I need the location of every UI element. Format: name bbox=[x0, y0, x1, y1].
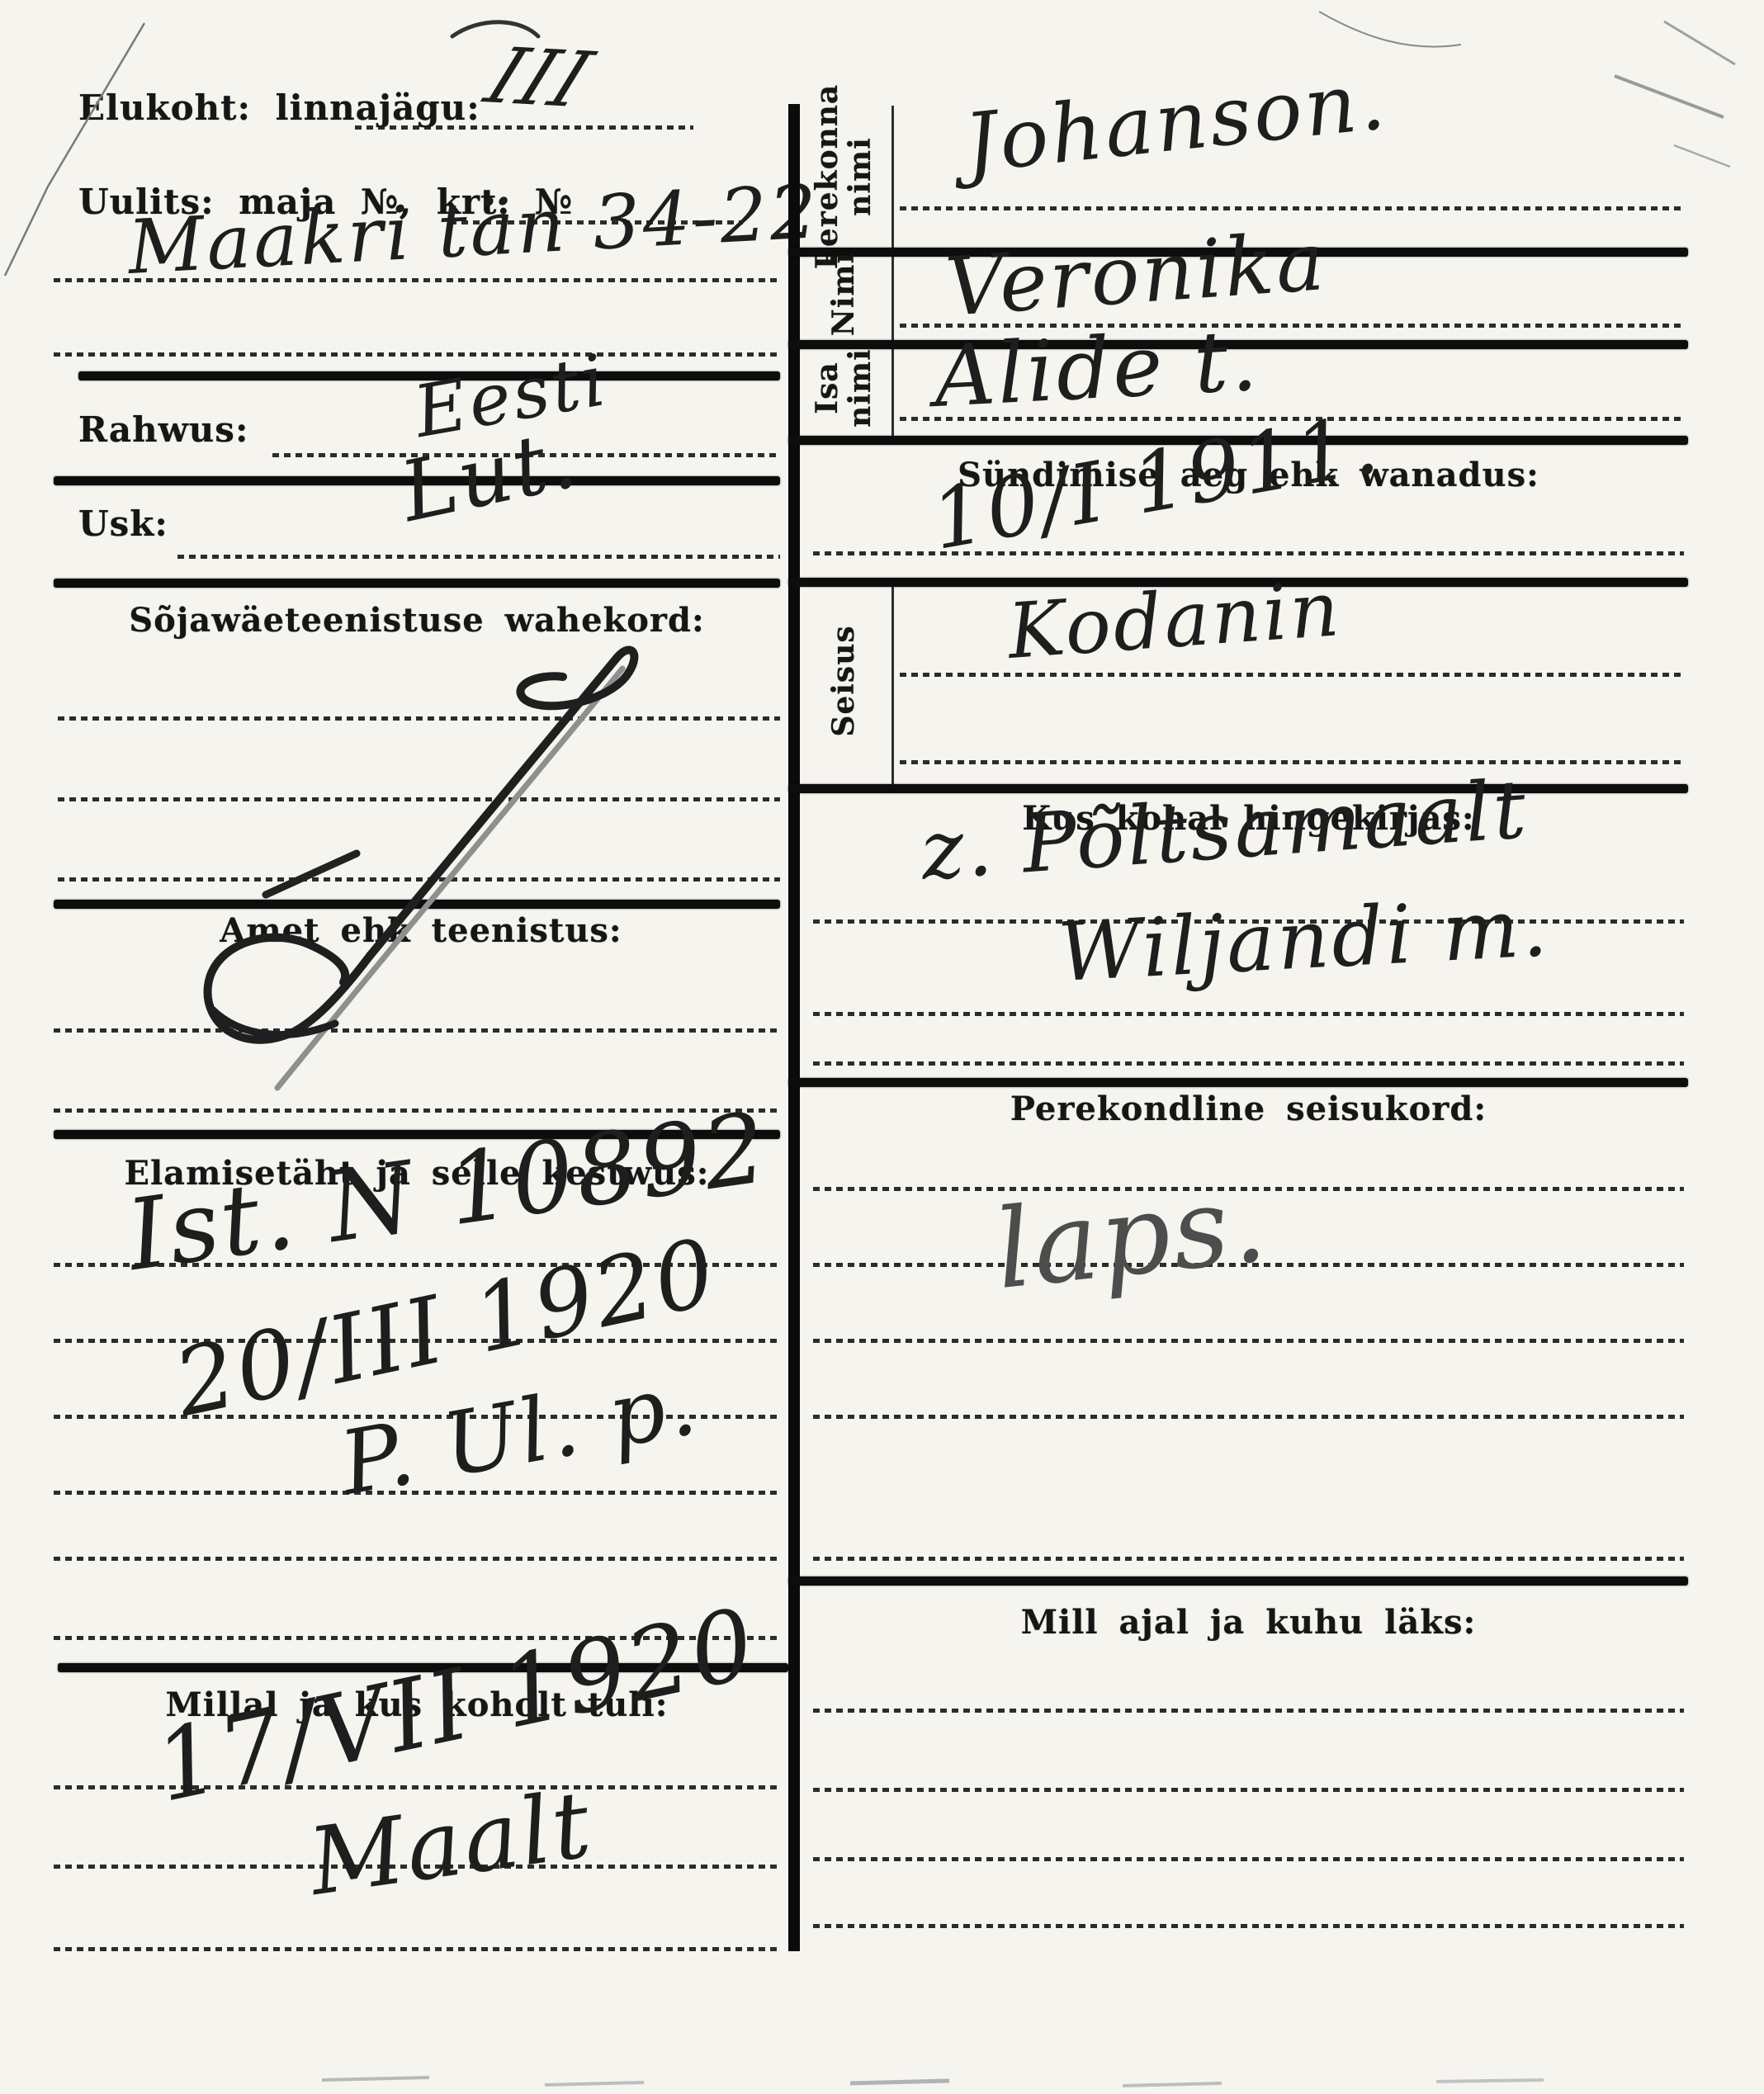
dotted-line bbox=[813, 1339, 1684, 1343]
dotted-line bbox=[54, 1785, 780, 1789]
residence-value-handwriting: III bbox=[474, 31, 606, 125]
slash-cross-tick bbox=[266, 853, 357, 895]
dotted-line bbox=[58, 877, 780, 882]
register-place-handwriting: z. Põltsamaalt bbox=[918, 763, 1531, 899]
dotted-line bbox=[54, 1028, 780, 1033]
dotted-line bbox=[813, 1924, 1684, 1928]
dotted-line bbox=[813, 1788, 1684, 1792]
religion-label: Usk: bbox=[78, 503, 168, 544]
dotted-line bbox=[177, 555, 780, 559]
dotted-line bbox=[813, 1857, 1684, 1861]
surname-label-vertical: Perekonna nimi bbox=[806, 102, 881, 251]
dotted-line bbox=[54, 1947, 780, 1951]
dotted-line bbox=[813, 1012, 1684, 1016]
label-strip-rule bbox=[891, 106, 894, 436]
bottom-smudge bbox=[850, 2081, 949, 2083]
dotted-line bbox=[900, 760, 1684, 764]
dotted-line bbox=[58, 797, 780, 801]
father-name-value-handwriting: Alide t. bbox=[932, 312, 1262, 427]
registration-card-scan: Elukoht: linnajägu: III Uulits: maja №, … bbox=[0, 0, 1764, 2094]
crease-top-right-3 bbox=[1674, 145, 1730, 167]
register-county-handwriting: Wiljandi m. bbox=[1056, 881, 1552, 1000]
thick-rule bbox=[54, 900, 780, 909]
dotted-line bbox=[54, 352, 780, 357]
bottom-smudge bbox=[1123, 2083, 1222, 2086]
thick-rule bbox=[788, 1078, 1688, 1087]
dotted-line bbox=[54, 1557, 780, 1561]
thick-rule bbox=[788, 1576, 1688, 1586]
bottom-smudge bbox=[545, 2082, 644, 2085]
slash-mark-dark-top bbox=[370, 650, 634, 956]
military-service-header: Sõjawäeteenistuse wahekord: bbox=[54, 601, 780, 640]
occupation-header: Amet ehk teenistus: bbox=[132, 911, 710, 950]
dotted-line bbox=[813, 551, 1684, 555]
bottom-smudge bbox=[1436, 2080, 1544, 2082]
crease-top-center bbox=[1319, 12, 1461, 47]
dotted-line bbox=[813, 1557, 1684, 1561]
family-status-header: Perekondline seisukord: bbox=[813, 1090, 1684, 1128]
crease-top-left bbox=[5, 23, 144, 276]
surname-value-handwriting: Johanson. bbox=[960, 54, 1392, 191]
dotted-line bbox=[813, 1709, 1684, 1713]
arrival-from-handwriting: Maalt bbox=[303, 1770, 599, 1917]
departure-header: Mill ajal ja kuhu läks: bbox=[813, 1603, 1684, 1642]
family-status-handwriting: laps. bbox=[990, 1159, 1274, 1314]
first-name-label-vertical: Nimi bbox=[823, 248, 864, 339]
nationality-label: Rahwus: bbox=[78, 409, 248, 450]
dotted-line bbox=[900, 206, 1684, 210]
dotted-line bbox=[813, 1061, 1684, 1066]
thick-rule bbox=[54, 579, 780, 588]
residence-label: Elukoht: linnajägu: bbox=[78, 87, 480, 128]
crease-top-right-2 bbox=[1615, 76, 1724, 117]
dotted-line bbox=[58, 716, 780, 721]
label-strip-rule bbox=[891, 578, 894, 786]
first-name-value-handwriting: Veronika bbox=[943, 215, 1330, 335]
crease-top-right-1 bbox=[1664, 21, 1735, 64]
father-name-label-vertical: Isa nimi bbox=[806, 343, 881, 433]
dotted-line bbox=[813, 1415, 1684, 1419]
dotted-line bbox=[54, 278, 780, 282]
slash-mark-dark-loop bbox=[208, 938, 370, 1040]
status-label-vertical: Seisus bbox=[823, 598, 864, 763]
column-divider-rule bbox=[788, 104, 800, 1951]
dotted-line bbox=[355, 125, 693, 130]
dotted-line bbox=[900, 673, 1684, 677]
bottom-smudge bbox=[322, 2077, 429, 2080]
